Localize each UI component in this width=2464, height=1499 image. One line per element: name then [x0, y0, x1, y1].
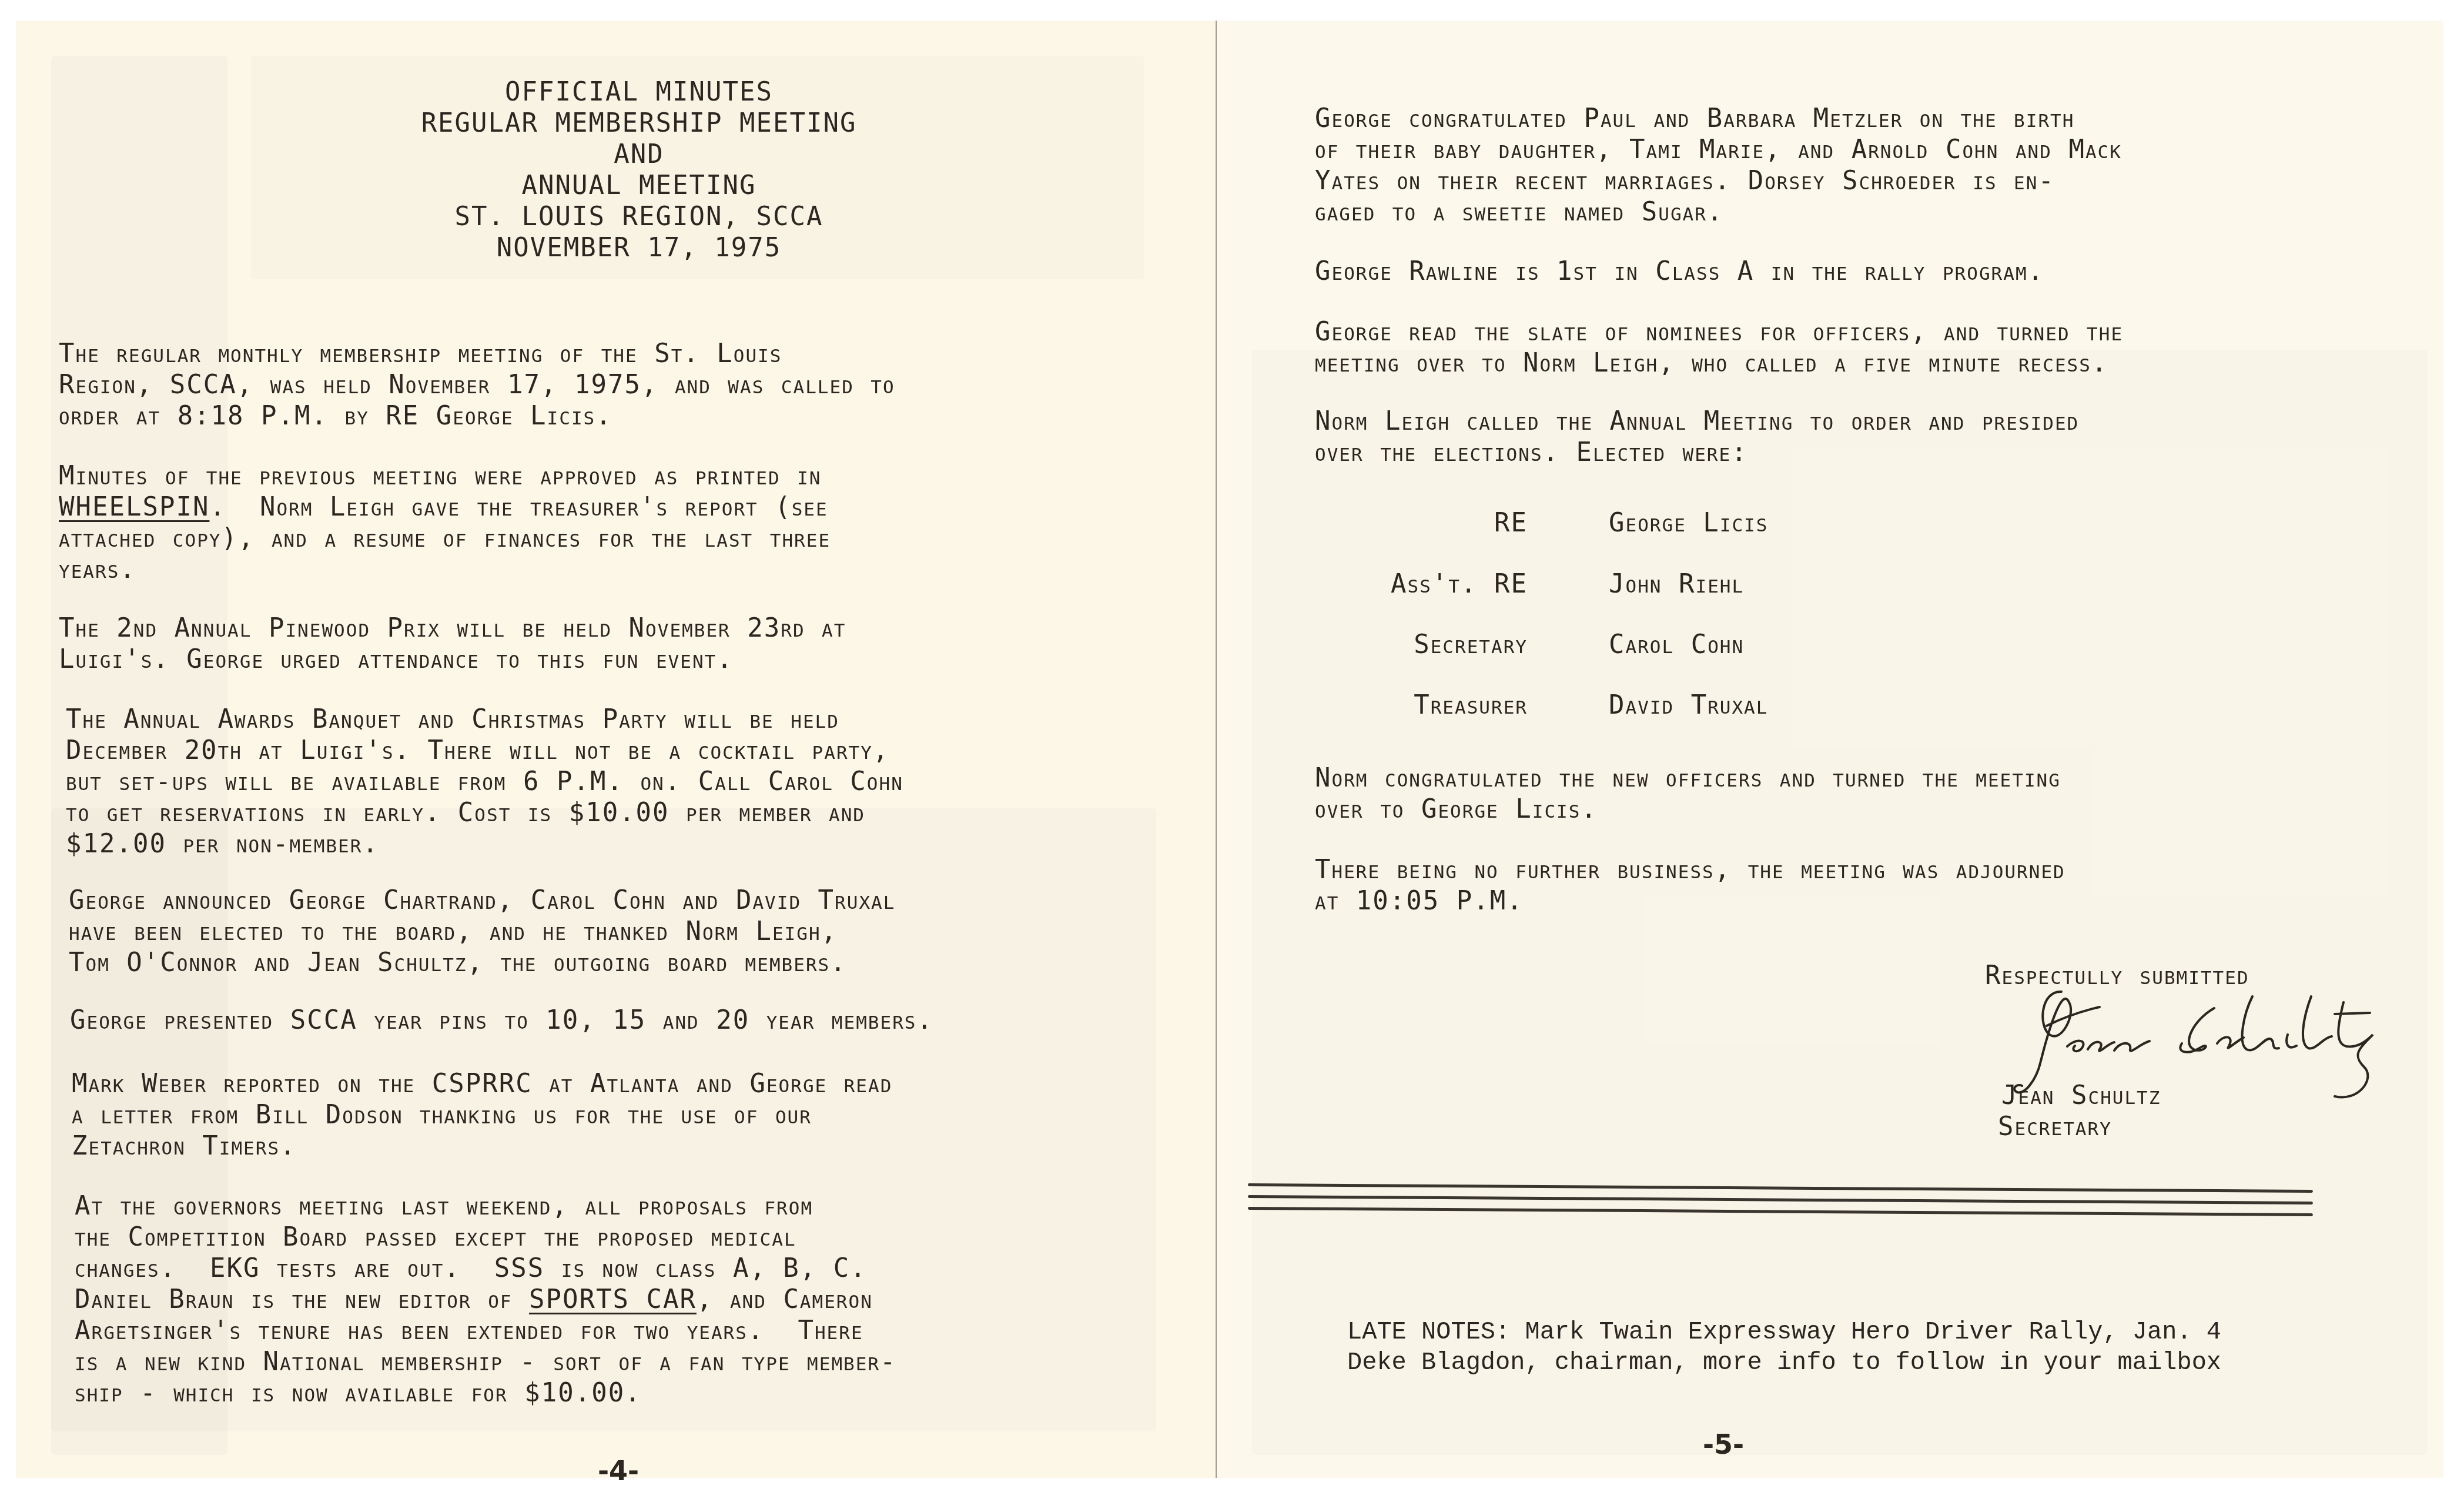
paragraph-year-pins: George presented SCCA year pins to 10, 1…: [70, 1005, 933, 1036]
page-number: -4-: [598, 1455, 639, 1487]
paragraph-slate-of-nominees: George read the slate of nominees for of…: [1315, 316, 2123, 379]
title-line: ST. LOUIS REGION, SCCA: [210, 201, 1068, 232]
title-line: OFFICIAL MINUTES: [210, 76, 1068, 108]
scanned-booklet-spread: OFFICIAL MINUTES REGULAR MEMBERSHIP MEET…: [16, 21, 2443, 1478]
late-notes-line: Deke Blagdon, chairman, more info to fol…: [1347, 1347, 2221, 1378]
sign-off-title: Secretary: [1998, 1111, 2112, 1142]
paragraph-board-election: George announced George Chartrand, Carol…: [69, 885, 895, 978]
officer-role: Secretary: [1327, 629, 1528, 660]
text-line: ship - which is now available for $10.00…: [75, 1377, 897, 1408]
paragraph-annual-meeting: Norm Leigh called the Annual Meeting to …: [1315, 406, 2079, 468]
officer-role: RE: [1327, 507, 1528, 538]
page-number: -5-: [1703, 1428, 1744, 1460]
page-4: OFFICIAL MINUTES REGULAR MEMBERSHIP MEET…: [16, 21, 1216, 1478]
paragraph-awards-banquet: The Annual Awards Banquet and Christmas …: [66, 704, 903, 859]
paragraph-pinewood-prix: The 2nd Annual Pinewood Prix will be hel…: [59, 613, 846, 675]
paragraph-congratulations: George congratulated Paul and Barbara Me…: [1315, 103, 2122, 227]
sign-off-name: Jean Schultz: [2001, 1080, 2161, 1111]
text-line: the Competition Board passed except the …: [75, 1222, 897, 1253]
publication-title-sports-car: SPORTS CAR: [529, 1284, 697, 1314]
text-fragment: Daniel Braun is the new editor of: [75, 1284, 529, 1314]
page-5: [1217, 21, 2443, 1478]
title-line: NOVEMBER 17, 1975: [210, 232, 1068, 263]
late-notes: LATE NOTES: Mark Twain Expressway Hero D…: [1347, 1317, 2221, 1378]
paragraph-rally-standing: George Rawline is 1st in Class A in the …: [1315, 256, 2044, 287]
paragraph-minutes-approval: Minutes of the previous meeting were app…: [59, 460, 831, 585]
officer-name: John Riehl: [1609, 568, 1744, 600]
text-line: is a new kind National membership - sort…: [75, 1346, 897, 1377]
title-line: REGULAR MEMBERSHIP MEETING: [210, 108, 1068, 139]
paragraph-csprrc-report: Mark Weber reported on the CSPRRC at Atl…: [72, 1068, 892, 1162]
text-line: years.: [59, 554, 831, 585]
late-notes-line: LATE NOTES: Mark Twain Expressway Hero D…: [1347, 1317, 2221, 1347]
title-line: AND: [210, 139, 1068, 170]
text-line: changes. EKG tests are out. SSS is now c…: [75, 1253, 897, 1284]
officer-name: Carol Cohn: [1609, 629, 1744, 660]
text-line: Daniel Braun is the new editor of SPORTS…: [75, 1284, 897, 1315]
paragraph-call-to-order: The regular monthly membership meeting o…: [59, 338, 895, 431]
text-line: At the governors meeting last weekend, a…: [75, 1190, 897, 1222]
paragraph-adjournment: There being no further business, the mee…: [1315, 854, 2065, 916]
officer-name: David Truxal: [1609, 690, 1768, 721]
title-line: ANNUAL MEETING: [210, 170, 1068, 201]
text-fragment: , and Cameron: [697, 1284, 873, 1314]
paragraph-governors-meeting: At the governors meeting last weekend, a…: [75, 1190, 897, 1408]
officer-role: Treasurer: [1327, 690, 1528, 721]
officer-name: George Licis: [1609, 507, 1768, 538]
publication-title-wheelspin: WHEELSPIN: [59, 492, 209, 522]
text-line: attached copy), and a resume of finances…: [59, 523, 831, 554]
text-line: WHEELSPIN. Norm Leigh gave the treasurer…: [59, 491, 831, 523]
minutes-title: OFFICIAL MINUTES REGULAR MEMBERSHIP MEET…: [210, 76, 1068, 263]
officer-role: Ass't. RE: [1327, 568, 1528, 600]
text-line: Argetsinger's tenure has been extended f…: [75, 1315, 897, 1346]
paragraph-new-officers: Norm congratulated the new officers and …: [1315, 762, 2061, 825]
text-fragment: . Norm Leigh gave the treasurer's report…: [209, 492, 828, 522]
text-line: Minutes of the previous meeting were app…: [59, 460, 831, 491]
